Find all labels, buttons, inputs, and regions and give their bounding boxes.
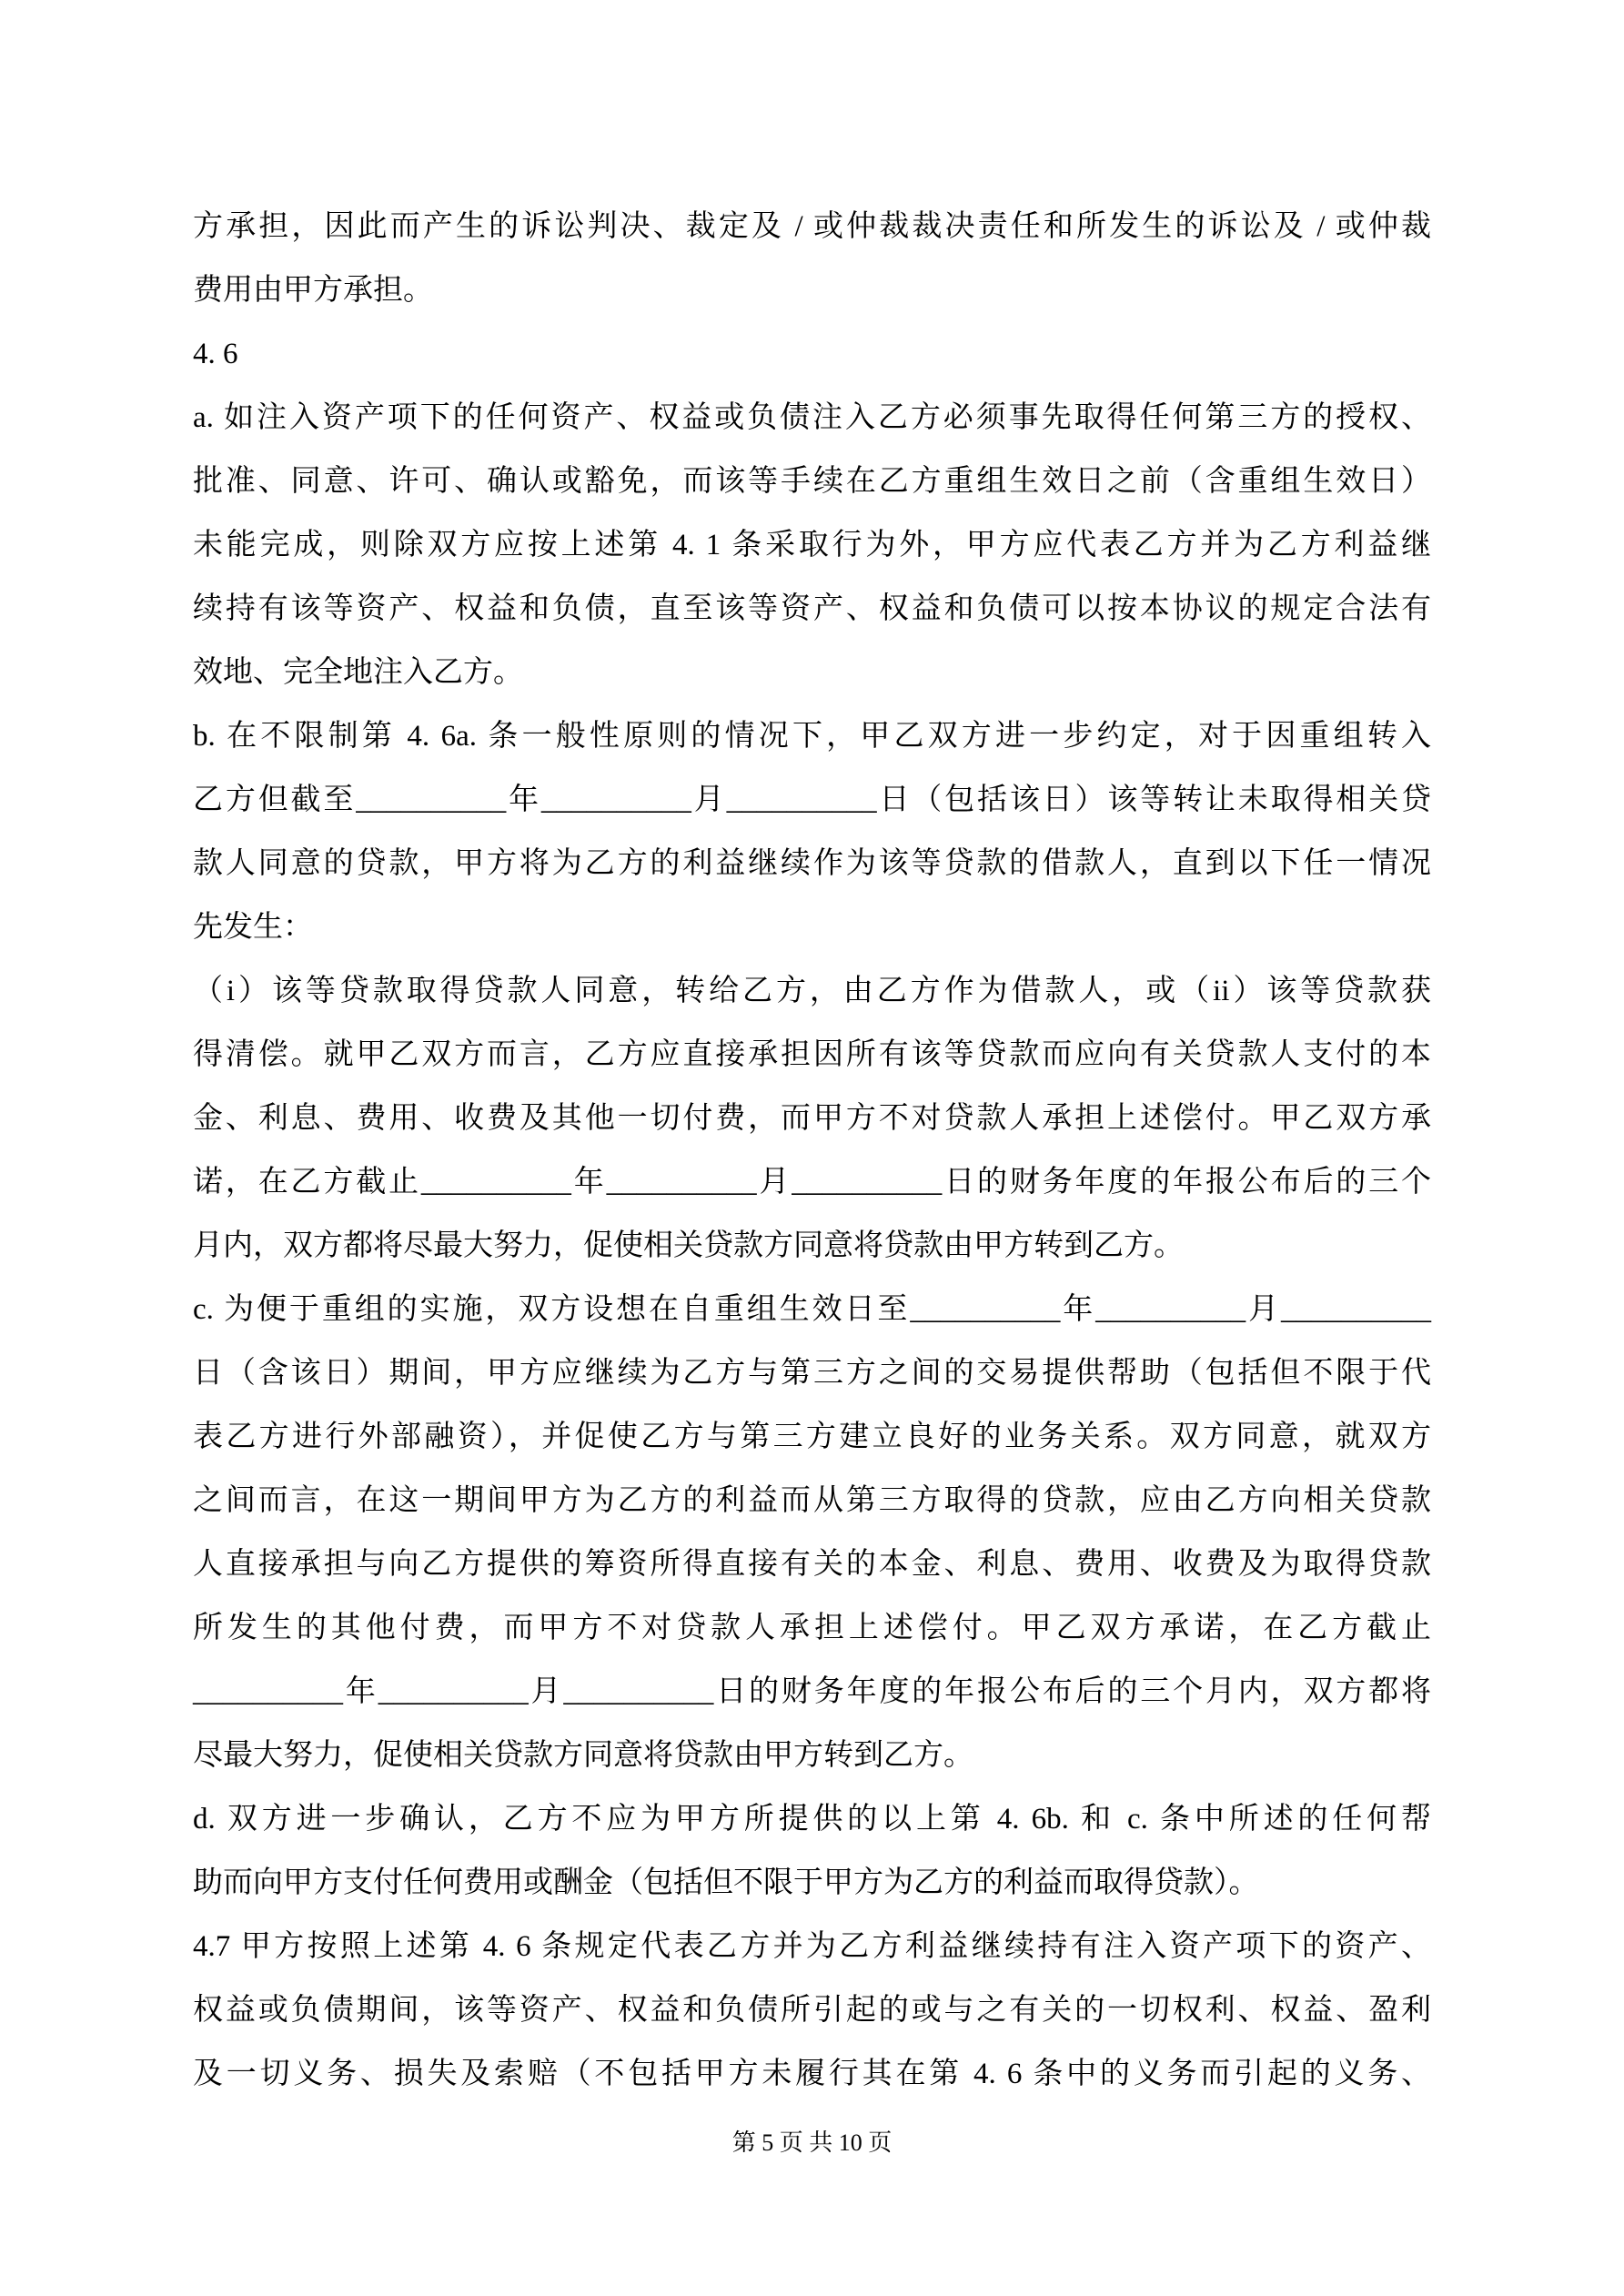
- document-line: 及一切义务、损失及索赔（不包括甲方未履行其在第 4. 6 条中的义务而引起的义务…: [193, 2042, 1431, 2106]
- document-line: 尽最大努力，促使相关贷款方同意将贷款由甲方转到乙方。: [193, 1724, 1431, 1787]
- document-line: 批准、同意、许可、确认或豁免，而该等手续在乙方重组生效日之前（含重组生效日）: [193, 450, 1431, 513]
- document-line: 效地、完全地注入乙方。: [193, 641, 1431, 704]
- clause-4-6c-line: c. 为便于重组的实施，双方设想在自重组生效日至__________年_____…: [193, 1278, 1431, 1341]
- document-body: 方承担，因此而产生的诉讼判决、裁定及 / 或仲裁裁决责任和所发生的诉讼及 / 或…: [193, 195, 1431, 2106]
- document-line: 未能完成，则除双方应按上述第 4. 1 条采取行为外，甲方应代表乙方并为乙方利益…: [193, 513, 1431, 577]
- document-line: （i）该等贷款取得贷款人同意，转给乙方，由乙方作为借款人，或（ii）该等贷款获: [193, 959, 1431, 1023]
- document-line: 所发生的其他付费，而甲方不对贷款人承担上述偿付。甲乙双方承诺，在乙方截止: [193, 1596, 1431, 1660]
- document-line: 日（含该日）期间，甲方应继续为乙方与第三方之间的交易提供帮助（包括但不限于代: [193, 1341, 1431, 1405]
- document-line: 权益或负债期间，该等资产、权益和负债所引起的或与之有关的一切权利、权益、盈利: [193, 1978, 1431, 2042]
- document-line: 助而向甲方支付任何费用或酬金（包括但不限于甲方为乙方的利益而取得贷款）。: [193, 1851, 1431, 1915]
- document-line: 款人同意的贷款，甲方将为乙方的利益继续作为该等贷款的借款人，直到以下任一情况: [193, 832, 1431, 895]
- document-line: 得清偿。就甲乙双方而言，乙方应直接承担因所有该等贷款而应向有关贷款人支付的本: [193, 1023, 1431, 1087]
- document-line-with-date-blanks: 诺，在乙方截止__________年__________月__________日…: [193, 1150, 1431, 1214]
- clause-heading-4-6: 4. 6: [193, 322, 1431, 386]
- document-line: 续持有该等资产、权益和负债，直至该等资产、权益和负债可以按本协议的规定合法有: [193, 577, 1431, 641]
- clause-4-6d-line: d. 双方进一步确认，乙方不应为甲方所提供的以上第 4. 6b. 和 c. 条中…: [193, 1787, 1431, 1851]
- document-line: 费用由甲方承担。: [193, 258, 1431, 322]
- clause-4-6a-line: a. 如注入资产项下的任何资产、权益或负债注入乙方必须事先取得任何第三方的授权、: [193, 386, 1431, 450]
- document-line: 金、利息、费用、收费及其他一切付费，而甲方不对贷款人承担上述偿付。甲乙双方承: [193, 1087, 1431, 1150]
- contract-document-page: 方承担，因此而产生的诉讼判决、裁定及 / 或仲裁裁决责任和所发生的诉讼及 / 或…: [0, 0, 1624, 2296]
- clause-4-7-line: 4.7 甲方按照上述第 4. 6 条规定代表乙方并为乙方利益继续持有注入资产项下…: [193, 1915, 1431, 1978]
- document-line-with-date-blanks: __________年__________月__________日的财务年度的年…: [193, 1660, 1431, 1724]
- document-line: 表乙方进行外部融资），并促使乙方与第三方建立良好的业务关系。双方同意，就双方: [193, 1405, 1431, 1469]
- clause-4-6b-line: b. 在不限制第 4. 6a. 条一般性原则的情况下，甲乙双方进一步约定，对于因…: [193, 704, 1431, 768]
- document-line: 之间而言，在这一期间甲方为乙方的利益而从第三方取得的贷款，应由乙方向相关贷款: [193, 1469, 1431, 1532]
- document-line: 人直接承担与向乙方提供的筹资所得直接有关的本金、利息、费用、收费及为取得贷款: [193, 1532, 1431, 1596]
- document-line: 先发生：: [193, 895, 1431, 959]
- document-line: 方承担，因此而产生的诉讼判决、裁定及 / 或仲裁裁决责任和所发生的诉讼及 / 或…: [193, 195, 1431, 258]
- document-line-with-date-blanks: 乙方但截至__________年__________月__________日（包…: [193, 768, 1431, 832]
- document-line: 月内，双方都将尽最大努力，促使相关贷款方同意将贷款由甲方转到乙方。: [193, 1214, 1431, 1278]
- page-number-footer: 第 5 页 共 10 页: [0, 2126, 1624, 2160]
